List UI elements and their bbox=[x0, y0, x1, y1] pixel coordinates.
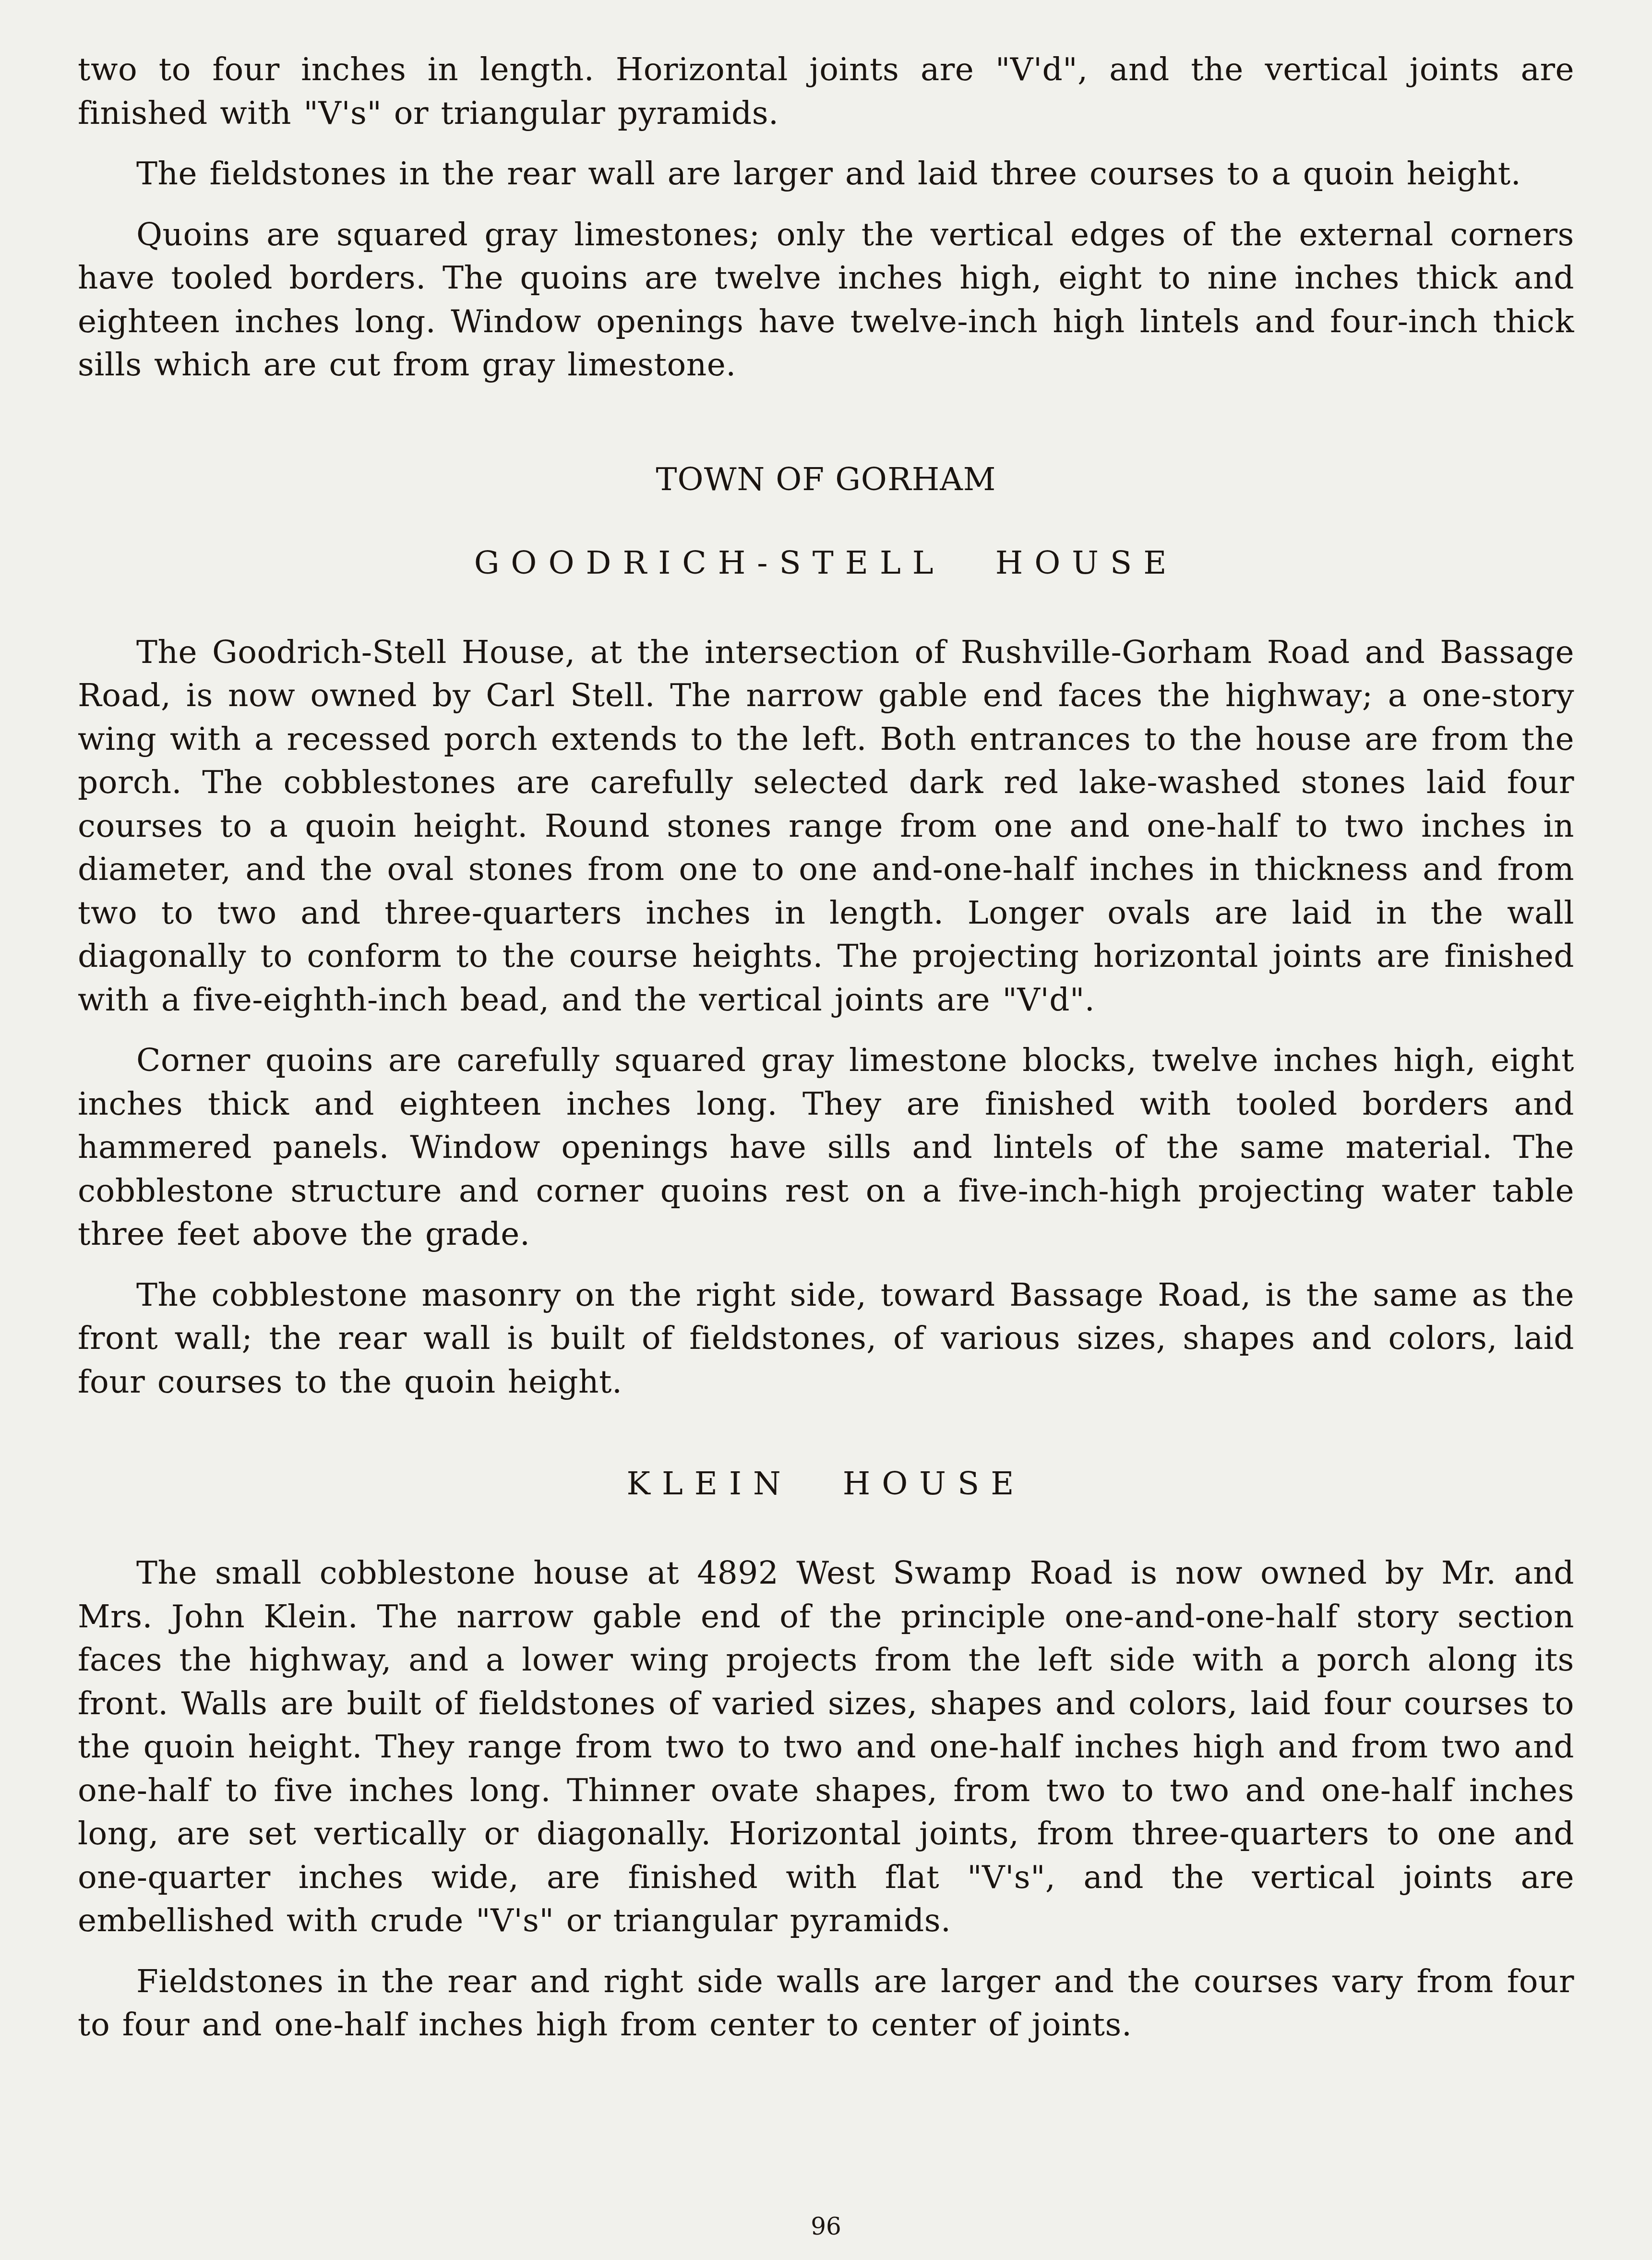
paragraph-goodrich-intro: The Goodrich-Stell House, at the interse… bbox=[78, 631, 1574, 1022]
town-heading: TOWN OF GORHAM bbox=[78, 458, 1574, 501]
page-number: 96 bbox=[0, 2212, 1652, 2241]
paragraph-goodrich-masonry: The cobblestone masonry on the right sid… bbox=[78, 1274, 1574, 1404]
paragraph-continued: two to four inches in length. Horizontal… bbox=[78, 48, 1574, 135]
paragraph-quoins: Quoins are squared gray limestones; only… bbox=[78, 213, 1574, 387]
paragraph-klein-intro: The small cobblestone house at 4892 West… bbox=[78, 1551, 1574, 1943]
section-heading-goodrich-stell: GOODRICH-STELL HOUSE bbox=[78, 541, 1574, 585]
paragraph-rear-wall: The fieldstones in the rear wall are lar… bbox=[78, 152, 1574, 196]
paragraph-goodrich-quoins: Corner quoins are carefully squared gray… bbox=[78, 1039, 1574, 1256]
section-heading-klein: KLEIN HOUSE bbox=[78, 1462, 1574, 1505]
paragraph-klein-fieldstones: Fieldstones in the rear and right side w… bbox=[78, 1960, 1574, 2047]
document-page: two to four inches in length. Horizontal… bbox=[78, 48, 1574, 2047]
